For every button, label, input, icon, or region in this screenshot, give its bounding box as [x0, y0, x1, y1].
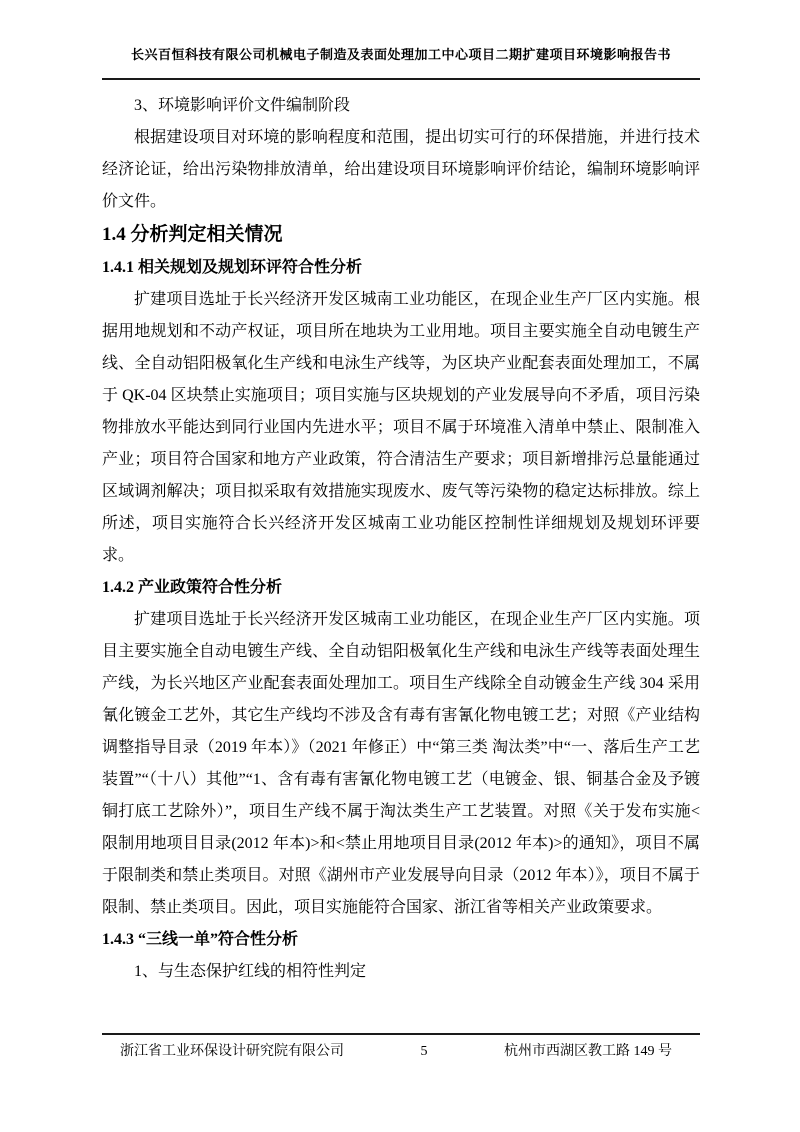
- section-1-4-3-list-item: 1、与生态保护红线的相符性判定: [102, 956, 700, 988]
- stage-item-heading: 3、环境影响评价文件编制阶段: [102, 90, 700, 122]
- document-page: 长兴百恒科技有限公司机械电子制造及表面处理加工中心项目二期扩建项目环境影响报告书…: [0, 0, 800, 1132]
- section-heading-1-4-1: 1.4.1 相关规划及规划环评符合性分析: [102, 252, 700, 284]
- page-content-column: 长兴百恒科技有限公司机械电子制造及表面处理加工中心项目二期扩建项目环境影响报告书…: [0, 0, 800, 988]
- footer-page-number: 5: [421, 1044, 428, 1060]
- report-title: 长兴百恒科技有限公司机械电子制造及表面处理加工中心项目二期扩建项目环境影响报告书: [102, 46, 700, 64]
- header-divider: [102, 78, 700, 80]
- section-heading-1-4: 1.4 分析判定相关情况: [102, 218, 700, 252]
- page-footer: 浙江省工业环保设计研究院有限公司 5 杭州市西湖区教工路 149 号: [102, 1033, 700, 1060]
- section-heading-1-4-2: 1.4.2 产业政策符合性分析: [102, 572, 700, 604]
- section-1-4-2-paragraph: 扩建项目选址于长兴经济开发区城南工业功能区，在现企业生产厂区内实施。项目主要实施…: [102, 604, 700, 924]
- footer-address: 杭州市西湖区教工路 149 号: [504, 1040, 700, 1060]
- page-header: 长兴百恒科技有限公司机械电子制造及表面处理加工中心项目二期扩建项目环境影响报告书: [102, 46, 700, 80]
- section-1-4-1-paragraph: 扩建项目选址于长兴经济开发区城南工业功能区，在现企业生产厂区内实施。根据用地规划…: [102, 284, 700, 572]
- section-heading-1-4-3: 1.4.3 “三线一单”符合性分析: [102, 924, 700, 956]
- stage-item-paragraph: 根据建设项目对环境的影响程度和范围，提出切实可行的环保措施，并进行技术经济论证，…: [102, 122, 700, 218]
- document-body: 3、环境影响评价文件编制阶段 根据建设项目对环境的影响程度和范围，提出切实可行的…: [102, 90, 700, 988]
- footer-company-name: 浙江省工业环保设计研究院有限公司: [102, 1040, 344, 1060]
